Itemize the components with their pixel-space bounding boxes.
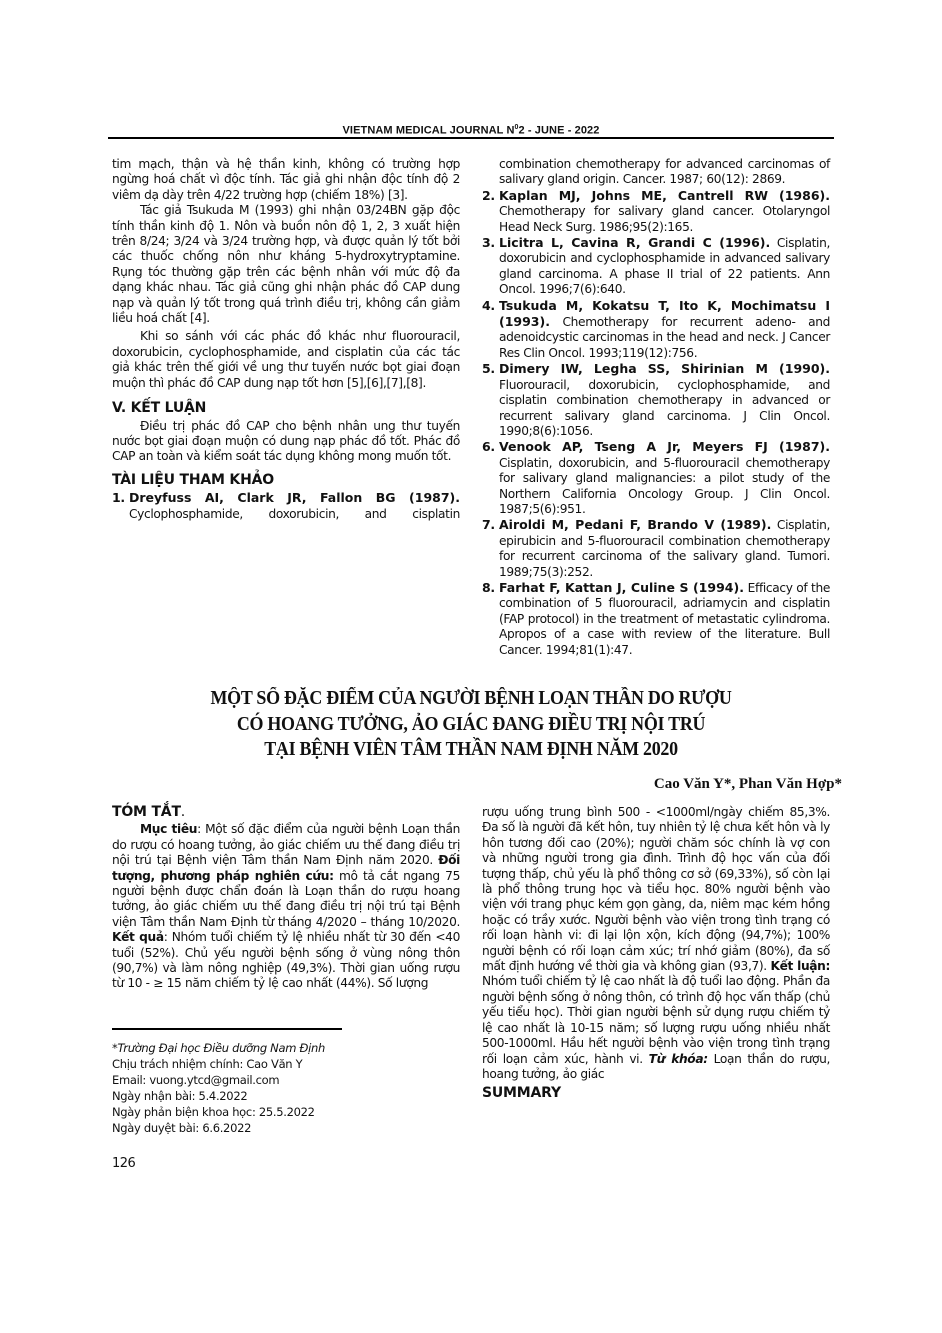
reference-body: Dreyfuss AI, Clark JR, Fallon BG (1987).… — [129, 490, 460, 521]
reference-authors: Dreyfuss AI, Clark JR, Fallon BG (1987). — [129, 490, 460, 505]
footnote: *Trường Đại học Điều dưỡng Nam Định Chịu… — [112, 1040, 462, 1136]
reference-number: 3. — [482, 235, 499, 298]
reference-authors: Kaplan MJ, Johns ME, Cantrell RW (1986). — [499, 188, 830, 203]
reference-number: 1. — [112, 490, 129, 521]
abstract-label-results: Kết quả — [112, 930, 164, 944]
journal-header: VIETNAM MEDICAL JOURNAL N02 - JUNE - 202… — [108, 124, 834, 137]
article-title-line: TẠI BỆNH VIÊN TÂM THẦN NAM ĐỊNH NĂM 2020 — [148, 737, 794, 763]
reference-body: Licitra L, Cavina R, Grandi C (1996). Ci… — [499, 235, 830, 298]
reference-number: 7. — [482, 517, 499, 580]
abstract-right-column: rượu uống trung bình 500 - <1000ml/ngày … — [482, 805, 830, 1104]
footnote-affiliation: *Trường Đại học Điều dưỡng Nam Định — [112, 1040, 462, 1056]
reference-item: 6. Venook AP, Tseng A Jr, Meyers FJ (198… — [482, 439, 830, 517]
article-authors: Cao Văn Y*, Phan Văn Hợp* — [654, 776, 842, 793]
reference-item: 1. Dreyfuss AI, Clark JR, Fallon BG (198… — [112, 490, 460, 521]
article-title-line: CÓ HOANG TƯỞNG, ẢO GIÁC ĐANG ĐIỀU TRỊ NỘ… — [148, 712, 794, 738]
abstract-label-keywords: Từ khóa: — [649, 1052, 708, 1066]
reference-body: Venook AP, Tseng A Jr, Meyers FJ (1987).… — [499, 439, 830, 517]
abstract-results: : Nhóm tuổi chiếm tỷ lệ nhiều nhất từ 30… — [112, 930, 460, 990]
abstract-label-conclusion: Kết luận: — [771, 959, 830, 973]
reference-body: Kaplan MJ, Johns ME, Cantrell RW (1986).… — [499, 188, 830, 235]
prev-article-left-column: tim mạch, thận và hệ thần kinh, không có… — [112, 157, 460, 521]
journal-page: VIETNAM MEDICAL JOURNAL N02 - JUNE - 202… — [0, 0, 942, 1333]
reference-text: Cisplatin, doxorubicin, and 5-fluorourac… — [499, 456, 830, 516]
reference-authors: Airoldi M, Pedani F, Brando V (1989). — [499, 517, 771, 532]
reference-text: Cyclophosphamide, doxorubicin, and cispl… — [129, 507, 460, 522]
section-heading-conclusion: V. KẾT LUẬN — [112, 401, 460, 416]
prev-article-right-column: combination chemotherapy for advanced ca… — [482, 157, 830, 658]
body-paragraph: tim mạch, thận và hệ thần kinh, không có… — [112, 157, 460, 203]
footnote-email: Email: vuong.ytcd@gmail.com — [112, 1072, 462, 1088]
reference-body: Airoldi M, Pedani F, Brando V (1989). Ci… — [499, 517, 830, 580]
page-number: 126 — [112, 1156, 135, 1171]
reference-body: Tsukuda M, Kokatsu T, Ito K, Mochimatsu … — [499, 298, 830, 362]
abstract-heading-text: TÓM TẮT — [112, 804, 181, 820]
article-title: MỘT SỐ ĐẶC ĐIỂM CỦA NGƯỜI BỆNH LOẠN THẦN… — [148, 686, 794, 763]
abstract-left-column: TÓM TẮT. Mục tiêu: Một số đặc điểm của n… — [112, 805, 460, 992]
abstract-heading-dot: . — [181, 804, 185, 820]
footnote-review-date: Ngày phản biện khoa học: 25.5.2022 — [112, 1104, 462, 1120]
reference-number: 2. — [482, 188, 499, 235]
conclusion-paragraph: Điều trị phác đồ CAP cho bệnh nhân ung t… — [112, 419, 460, 465]
reference-text: Fluorouracil, doxorubicin, cyclophospham… — [499, 378, 830, 438]
article-title-line: MỘT SỐ ĐẶC ĐIỂM CỦA NGƯỜI BỆNH LOẠN THẦN… — [148, 686, 794, 712]
section-heading-references: TÀI LIỆU THAM KHẢO — [112, 473, 460, 488]
body-paragraph: Tác giả Tsukuda M (1993) ghi nhận 03/24B… — [112, 203, 460, 326]
reference-authors: Dimery IW, Legha SS, Shirinian M (1990). — [499, 361, 830, 376]
reference-authors: Venook AP, Tseng A Jr, Meyers FJ (1987). — [499, 439, 830, 454]
reference-item: 2. Kaplan MJ, Johns ME, Cantrell RW (198… — [482, 188, 830, 235]
abstract-heading: TÓM TẮT. — [112, 805, 460, 820]
abstract-results-continued: rượu uống trung bình 500 - <1000ml/ngày … — [482, 805, 830, 973]
body-paragraph: Khi so sánh với các phác đồ khác như flu… — [112, 329, 460, 391]
journal-header-prefix: VIETNAM MEDICAL JOURNAL N — [343, 125, 515, 137]
summary-heading: SUMMARY — [482, 1086, 830, 1101]
reference-authors: Farhat F, Kattan J, Culine S (1994). — [499, 580, 744, 595]
footnote-responsible: Chịu trách nhiệm chính: Cao Văn Y — [112, 1056, 462, 1072]
abstract-label-objective: Mục tiêu — [140, 822, 197, 836]
journal-header-suffix: 2 - JUNE - 2022 — [519, 125, 600, 137]
footnote-accepted-date: Ngày duyệt bài: 6.6.2022 — [112, 1120, 462, 1136]
reference-item: 3. Licitra L, Cavina R, Grandi C (1996).… — [482, 235, 830, 298]
reference-number: 5. — [482, 361, 499, 439]
reference-body: Farhat F, Kattan J, Culine S (1994). Eff… — [499, 580, 830, 658]
footnote-received-date: Ngày nhận bài: 5.4.2022 — [112, 1088, 462, 1104]
reference-authors: Licitra L, Cavina R, Grandi C (1996). — [499, 235, 770, 250]
reference-number: 4. — [482, 298, 499, 362]
footnote-divider — [112, 1028, 342, 1030]
abstract-paragraph-continued: rượu uống trung bình 500 - <1000ml/ngày … — [482, 805, 830, 1082]
reference-item: 8. Farhat F, Kattan J, Culine S (1994). … — [482, 580, 830, 658]
abstract-paragraph: Mục tiêu: Một số đặc điểm của người bệnh… — [112, 822, 460, 991]
reference-continuation: combination chemotherapy for advanced ca… — [482, 157, 830, 188]
reference-item: 4. Tsukuda M, Kokatsu T, Ito K, Mochimat… — [482, 298, 830, 362]
reference-number: 8. — [482, 580, 499, 658]
reference-body: Dimery IW, Legha SS, Shirinian M (1990).… — [499, 361, 830, 439]
reference-item: 7. Airoldi M, Pedani F, Brando V (1989).… — [482, 517, 830, 580]
reference-number: 6. — [482, 439, 499, 517]
header-divider — [108, 137, 834, 139]
reference-item: 5. Dimery IW, Legha SS, Shirinian M (199… — [482, 361, 830, 439]
reference-text: Chemotherapy for salivary gland cancer. … — [499, 204, 830, 233]
